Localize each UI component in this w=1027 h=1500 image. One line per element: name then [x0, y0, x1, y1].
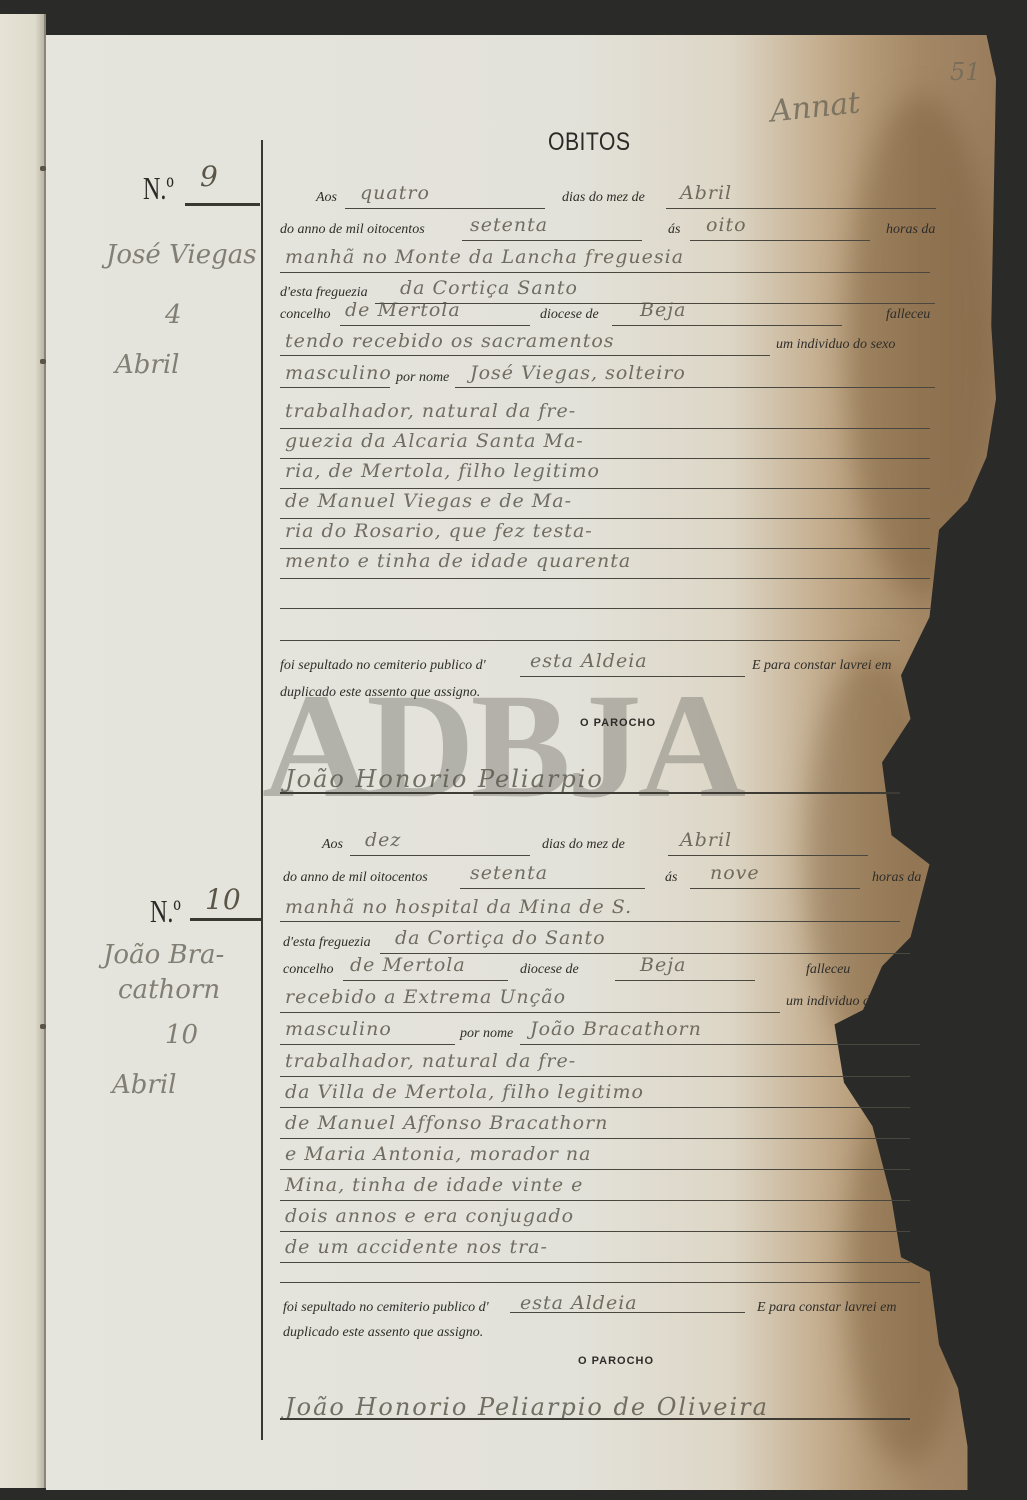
field-line	[690, 240, 870, 241]
body-line: de Manuel Affonso Bracathorn	[285, 1112, 608, 1134]
concelho-value: de Mertola	[345, 299, 461, 321]
body-line: Mina, tinha de idade vinte e	[285, 1174, 583, 1196]
as-label: ás	[668, 222, 680, 238]
field-line	[350, 855, 530, 856]
margin-name-2: cathorn	[118, 975, 220, 1005]
margin-day: 4	[165, 300, 182, 330]
field-line	[690, 888, 860, 889]
field-line	[280, 1282, 920, 1283]
field-line	[280, 1044, 455, 1045]
sex-value: masculino	[285, 362, 392, 384]
concelho-label: concelho	[280, 307, 331, 323]
sacraments-value: recebido a Extrema Unção	[285, 986, 566, 1008]
freguezia-value: da Cortiça Santo	[400, 277, 578, 299]
diocese-label: diocese de	[540, 307, 599, 323]
parocho-label: O PAROCHO	[580, 717, 656, 729]
field-line	[460, 888, 645, 889]
body-line: de um accidente nos tra-	[285, 1236, 548, 1258]
signature-line	[280, 1418, 910, 1420]
body-line: da Villa de Mertola, filho legitimo	[285, 1081, 644, 1103]
aos-label: Aos	[316, 190, 337, 206]
binding-mark	[40, 359, 46, 364]
month-value: Abril	[680, 182, 732, 204]
priest-signature: João Honorio Peliarpio	[285, 765, 604, 793]
field-line	[280, 640, 900, 641]
field-line	[280, 1076, 910, 1077]
field-line	[280, 548, 930, 549]
number-underline	[190, 918, 262, 921]
field-line	[280, 608, 930, 609]
horas-label: horas da	[872, 870, 921, 886]
place-value: manhã no hospital da Mina de S.	[285, 896, 632, 918]
folio-number: 51	[950, 58, 981, 86]
sacraments-value: tendo recebido os sacramentos	[285, 330, 615, 352]
body-line: trabalhador, natural da fre-	[285, 1050, 576, 1072]
margin-divider	[261, 820, 263, 1440]
concelho-value: de Mertola	[350, 954, 466, 976]
body-line: ria do Rosario, que fez testa-	[285, 520, 593, 542]
hour-value: oito	[706, 214, 747, 236]
sepultado-label: foi sepultado no cemiterio publico d'	[283, 1300, 489, 1316]
field-line	[280, 272, 930, 273]
field-line	[340, 325, 530, 326]
duplicado-label: duplicado este assento que assigno.	[283, 1325, 483, 1341]
field-line	[280, 428, 930, 429]
sex-value: masculino	[285, 1018, 392, 1040]
field-line	[520, 676, 745, 677]
falleceu-label: falleceu	[886, 307, 930, 323]
entry-number: 10	[205, 883, 241, 916]
field-line	[462, 240, 642, 241]
body-line: trabalhador, natural da fre-	[285, 400, 576, 422]
month-value: Abril	[680, 829, 732, 851]
freguezia-value: da Cortiça do Santo	[395, 927, 606, 949]
body-line: de Manuel Viegas e de Ma-	[285, 490, 572, 512]
margin-day: 10	[165, 1020, 198, 1050]
day-value: dez	[365, 829, 401, 851]
dias-label: dias do mez de	[562, 190, 645, 206]
field-line	[343, 980, 508, 981]
parocho-label: O PAROCHO	[578, 1355, 654, 1367]
duplicado-label: duplicado este assento que assigno.	[280, 685, 480, 701]
constar-label: E para constar lavrei em	[757, 1300, 896, 1316]
entry-number-label: N.º	[143, 170, 174, 207]
field-line	[520, 1044, 920, 1045]
binding-mark	[40, 166, 46, 171]
individuo-label: um individuo do sexo	[786, 994, 905, 1010]
sepultado-label: foi sepultado no cemiterio publico d'	[280, 658, 486, 674]
entry-number-label: N.º	[150, 893, 181, 930]
signature-line	[280, 792, 900, 794]
binding-mark	[40, 1024, 46, 1029]
year-value: setenta	[470, 862, 548, 884]
field-line	[280, 458, 930, 459]
individuo-label: um individuo do sexo	[776, 337, 895, 353]
falleceu-label: falleceu	[806, 962, 850, 978]
field-line	[280, 488, 930, 489]
as-label: ás	[665, 870, 677, 886]
field-line	[280, 1138, 910, 1139]
freguezia-label: d'esta freguezia	[283, 935, 371, 951]
field-line	[510, 1312, 745, 1313]
number-underline	[185, 203, 260, 206]
facing-page-edge	[0, 14, 46, 1488]
water-stain	[846, 1085, 966, 1465]
body-line: guezia da Alcaria Santa Ma-	[285, 430, 584, 452]
field-line	[455, 387, 935, 388]
field-line	[280, 578, 930, 579]
field-line	[345, 208, 545, 209]
aos-label: Aos	[322, 837, 343, 853]
field-line	[280, 1012, 780, 1013]
year-value: setenta	[470, 214, 548, 236]
por-nome-label: por nome	[396, 370, 449, 386]
priest-signature: João Honorio Peliarpio de Oliveira	[285, 1393, 769, 1421]
field-line	[280, 1200, 910, 1201]
field-line	[612, 325, 842, 326]
field-line	[615, 980, 755, 981]
body-line: ria, de Mertola, filho legitimo	[285, 460, 600, 482]
margin-month: Abril	[112, 1070, 176, 1100]
name-value: José Viegas, solteiro	[470, 362, 686, 384]
hour-value: nove	[710, 862, 760, 884]
constar-label: E para constar lavrei em	[752, 658, 891, 674]
field-line	[280, 355, 770, 356]
margin-name: João Bra-	[103, 940, 224, 970]
por-nome-label: por nome	[460, 1026, 513, 1042]
field-line	[280, 921, 900, 922]
diocese-value: Beja	[640, 954, 686, 976]
field-line	[280, 1231, 910, 1232]
concelho-label: concelho	[283, 962, 334, 978]
field-line	[666, 208, 936, 209]
cemiterio-value: esta Aldeia	[520, 1292, 638, 1314]
field-line	[280, 1262, 910, 1263]
body-line: e Maria Antonia, morador na	[285, 1143, 592, 1165]
day-value: quatro	[360, 182, 430, 204]
margin-month: Abril	[115, 350, 179, 380]
name-value: João Bracathorn	[530, 1018, 702, 1040]
body-line: mento e tinha de idade quarenta	[285, 550, 631, 572]
field-line	[280, 1107, 910, 1108]
place-value: manhã no Monte da Lancha freguesia	[285, 246, 684, 268]
entry-number: 9	[200, 160, 218, 193]
field-line	[668, 855, 868, 856]
cemiterio-value: esta Aldeia	[530, 650, 648, 672]
field-line	[280, 1169, 910, 1170]
body-line: dois annos e era conjugado	[285, 1205, 574, 1227]
field-line	[280, 387, 390, 388]
dias-label: dias do mez de	[542, 837, 625, 853]
horas-label: horas da	[886, 222, 935, 238]
document-title: OBITOS	[548, 128, 630, 157]
diocese-value: Beja	[640, 299, 686, 321]
field-line	[280, 518, 930, 519]
anno-label: do anno de mil oitocentos	[283, 870, 428, 886]
diocese-label: diocese de	[520, 962, 579, 978]
anno-label: do anno de mil oitocentos	[280, 222, 425, 238]
margin-name: José Viegas	[106, 240, 257, 270]
